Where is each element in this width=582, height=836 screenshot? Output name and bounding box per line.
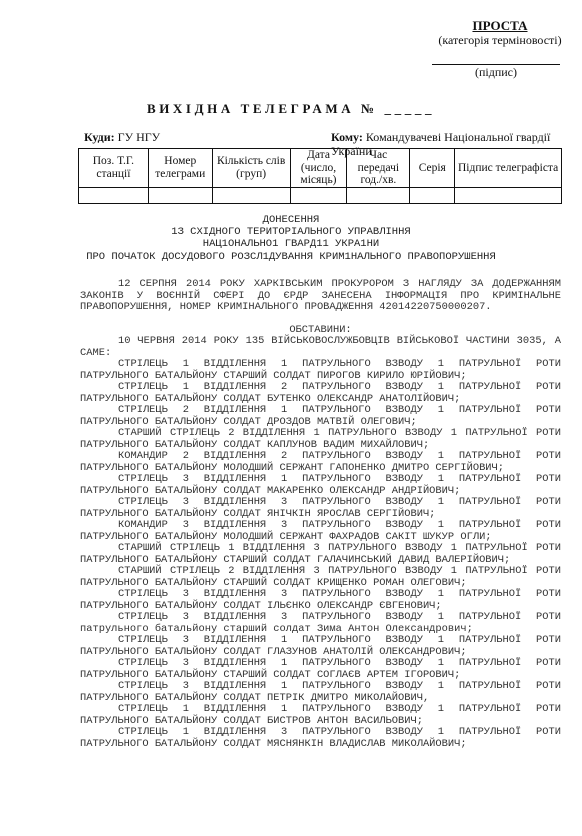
- urgency-category: ПРОСТА: [425, 18, 575, 33]
- list-item: СТРІЛЕЦЬ 1 ВІДДІЛЕННЯ 1 ПАТРУЛЬНОГО ВЗВО…: [80, 704, 561, 727]
- list-item: СТРІЛЕЦЬ 3 ВІДДІЛЕННЯ 1 ПАТРУЛЬНОГО ВЗВО…: [80, 658, 561, 681]
- list-item: СТАРШИЙ СТРІЛЕЦЬ 2 ВІДДІЛЕННЯ 3 ПАТРУЛЬН…: [80, 566, 561, 589]
- report-heading: ДОНЕСЕННЯ1З СХІДНОГО ТЕРИТОРІАЛЬНОГО УПР…: [0, 214, 582, 263]
- personnel-list: СТРІЛЕЦЬ 1 ВІДДІЛЕННЯ 1 ПАТРУЛЬНОГО ВЗВО…: [80, 359, 561, 750]
- column-header: Поз. Т.Г. станції: [79, 149, 149, 188]
- report-heading-line: 1З СХІДНОГО ТЕРИТОРІАЛЬНОГО УПРАВЛІННЯ: [0, 226, 582, 238]
- list-item: СТАРШИЙ СТРІЛЕЦЬ 2 ВІДДІЛЕННЯ 1 ПАТРУЛЬН…: [80, 428, 561, 451]
- list-item: СТРІЛЕЦЬ 3 ВІДДІЛЕННЯ 3 ПАТРУЛЬНОГО ВЗВО…: [80, 589, 561, 612]
- to-whom-label: Кому:: [331, 130, 363, 144]
- list-item: СТРІЛЕЦЬ 3 ВІДДІЛЕННЯ 3 ПАТРУЛЬНОГО ВЗВО…: [80, 612, 561, 635]
- column-header: Підпис телеграфіста: [455, 149, 562, 188]
- list-item: СТРІЛЕЦЬ 3 ВІДДІЛЕННЯ 1 ПАТРУЛЬНОГО ВЗВО…: [80, 635, 561, 658]
- document-title: ВИХІДНА ТЕЛЕГРАМА № _____: [0, 101, 582, 117]
- table-row: [79, 187, 562, 203]
- report-heading-line: ПРО ПОЧАТОК ДОСУДОВОГО РОЗСЛ1ДУВАННЯ КРИ…: [0, 251, 582, 263]
- column-header: Серія: [410, 149, 455, 188]
- report-heading-line: НАЦ1ОНАЛЬНО1 ГВАРД11 УКРА1НИ: [0, 238, 582, 250]
- list-item: КОМАНДИР 3 ВІДДІЛЕННЯ 3 ПАТРУЛЬНОГО ВЗВО…: [80, 520, 561, 543]
- column-header: Кількість слів (груп): [212, 149, 290, 188]
- table-cell[interactable]: [148, 187, 212, 203]
- to-where-label: Куди:: [84, 130, 115, 144]
- list-item: СТРІЛЕЦЬ 1 ВІДДІЛЕННЯ 2 ПАТРУЛЬНОГО ВЗВО…: [80, 382, 561, 405]
- list-item: СТРІЛЕЦЬ 1 ВІДДІЛЕННЯ 1 ПАТРУЛЬНОГО ВЗВО…: [80, 359, 561, 382]
- to-where-value: ГУ НГУ: [118, 130, 161, 144]
- table-cell[interactable]: [212, 187, 290, 203]
- circumstances-intro: 10 ЧЕРВНЯ 2014 РОКУ 135 ВІЙСЬКОВОСЛУЖБОВ…: [80, 336, 561, 359]
- table-cell[interactable]: [410, 187, 455, 203]
- recipient-org: Куди: ГУ НГУ: [84, 130, 160, 145]
- report-intro: 12 СЕРПНЯ 2014 РОКУ ХАРКІВСЬКИМ ПРОКУРОР…: [80, 279, 561, 314]
- list-item: СТАРШИЙ СТРІЛЕЦЬ 1 ВІДДІЛЕННЯ 3 ПАТРУЛЬН…: [80, 543, 561, 566]
- urgency-block: ПРОСТА (категорія терміновості): [425, 18, 575, 48]
- spacer: [80, 314, 561, 325]
- report-body: 12 СЕРПНЯ 2014 РОКУ ХАРКІВСЬКИМ ПРОКУРОР…: [80, 279, 561, 750]
- column-header: Час передачі год./хв.: [347, 149, 410, 188]
- column-header: Дата (число, місяць): [290, 149, 347, 188]
- column-header: Номер телеграми: [148, 149, 212, 188]
- table-cell[interactable]: [347, 187, 410, 203]
- list-item: СТРІЛЕЦЬ 1 ВІДДІЛЕННЯ 3 ПАТРУЛЬНОГО ВЗВО…: [80, 727, 561, 750]
- signature-caption: (підпис): [432, 65, 560, 79]
- report-heading-line: ДОНЕСЕННЯ: [0, 214, 582, 226]
- list-item: СТРІЛЕЦЬ 2 ВІДДІЛЕННЯ 1 ПАТРУЛЬНОГО ВЗВО…: [80, 405, 561, 428]
- list-item: СТРІЛЕЦЬ 3 ВІДДІЛЕННЯ 1 ПАТРУЛЬНОГО ВЗВО…: [80, 681, 561, 704]
- table-cell[interactable]: [455, 187, 562, 203]
- table-cell[interactable]: [79, 187, 149, 203]
- urgency-caption: (категорія терміновості): [425, 33, 575, 48]
- table-cell[interactable]: [290, 187, 347, 203]
- list-item: СТРІЛЕЦЬ 3 ВІДДІЛЕННЯ 1 ПАТРУЛЬНОГО ВЗВО…: [80, 474, 561, 497]
- telegram-details-table: Поз. Т.Г. станціїНомер телеграмиКількіст…: [78, 148, 562, 204]
- list-item: КОМАНДИР 2 ВІДДІЛЕННЯ 2 ПАТРУЛЬНОГО ВЗВО…: [80, 451, 561, 474]
- list-item: СТРІЛЕЦЬ 3 ВІДДІЛЕННЯ 3 ПАТРУЛЬНОГО ВЗВО…: [80, 497, 561, 520]
